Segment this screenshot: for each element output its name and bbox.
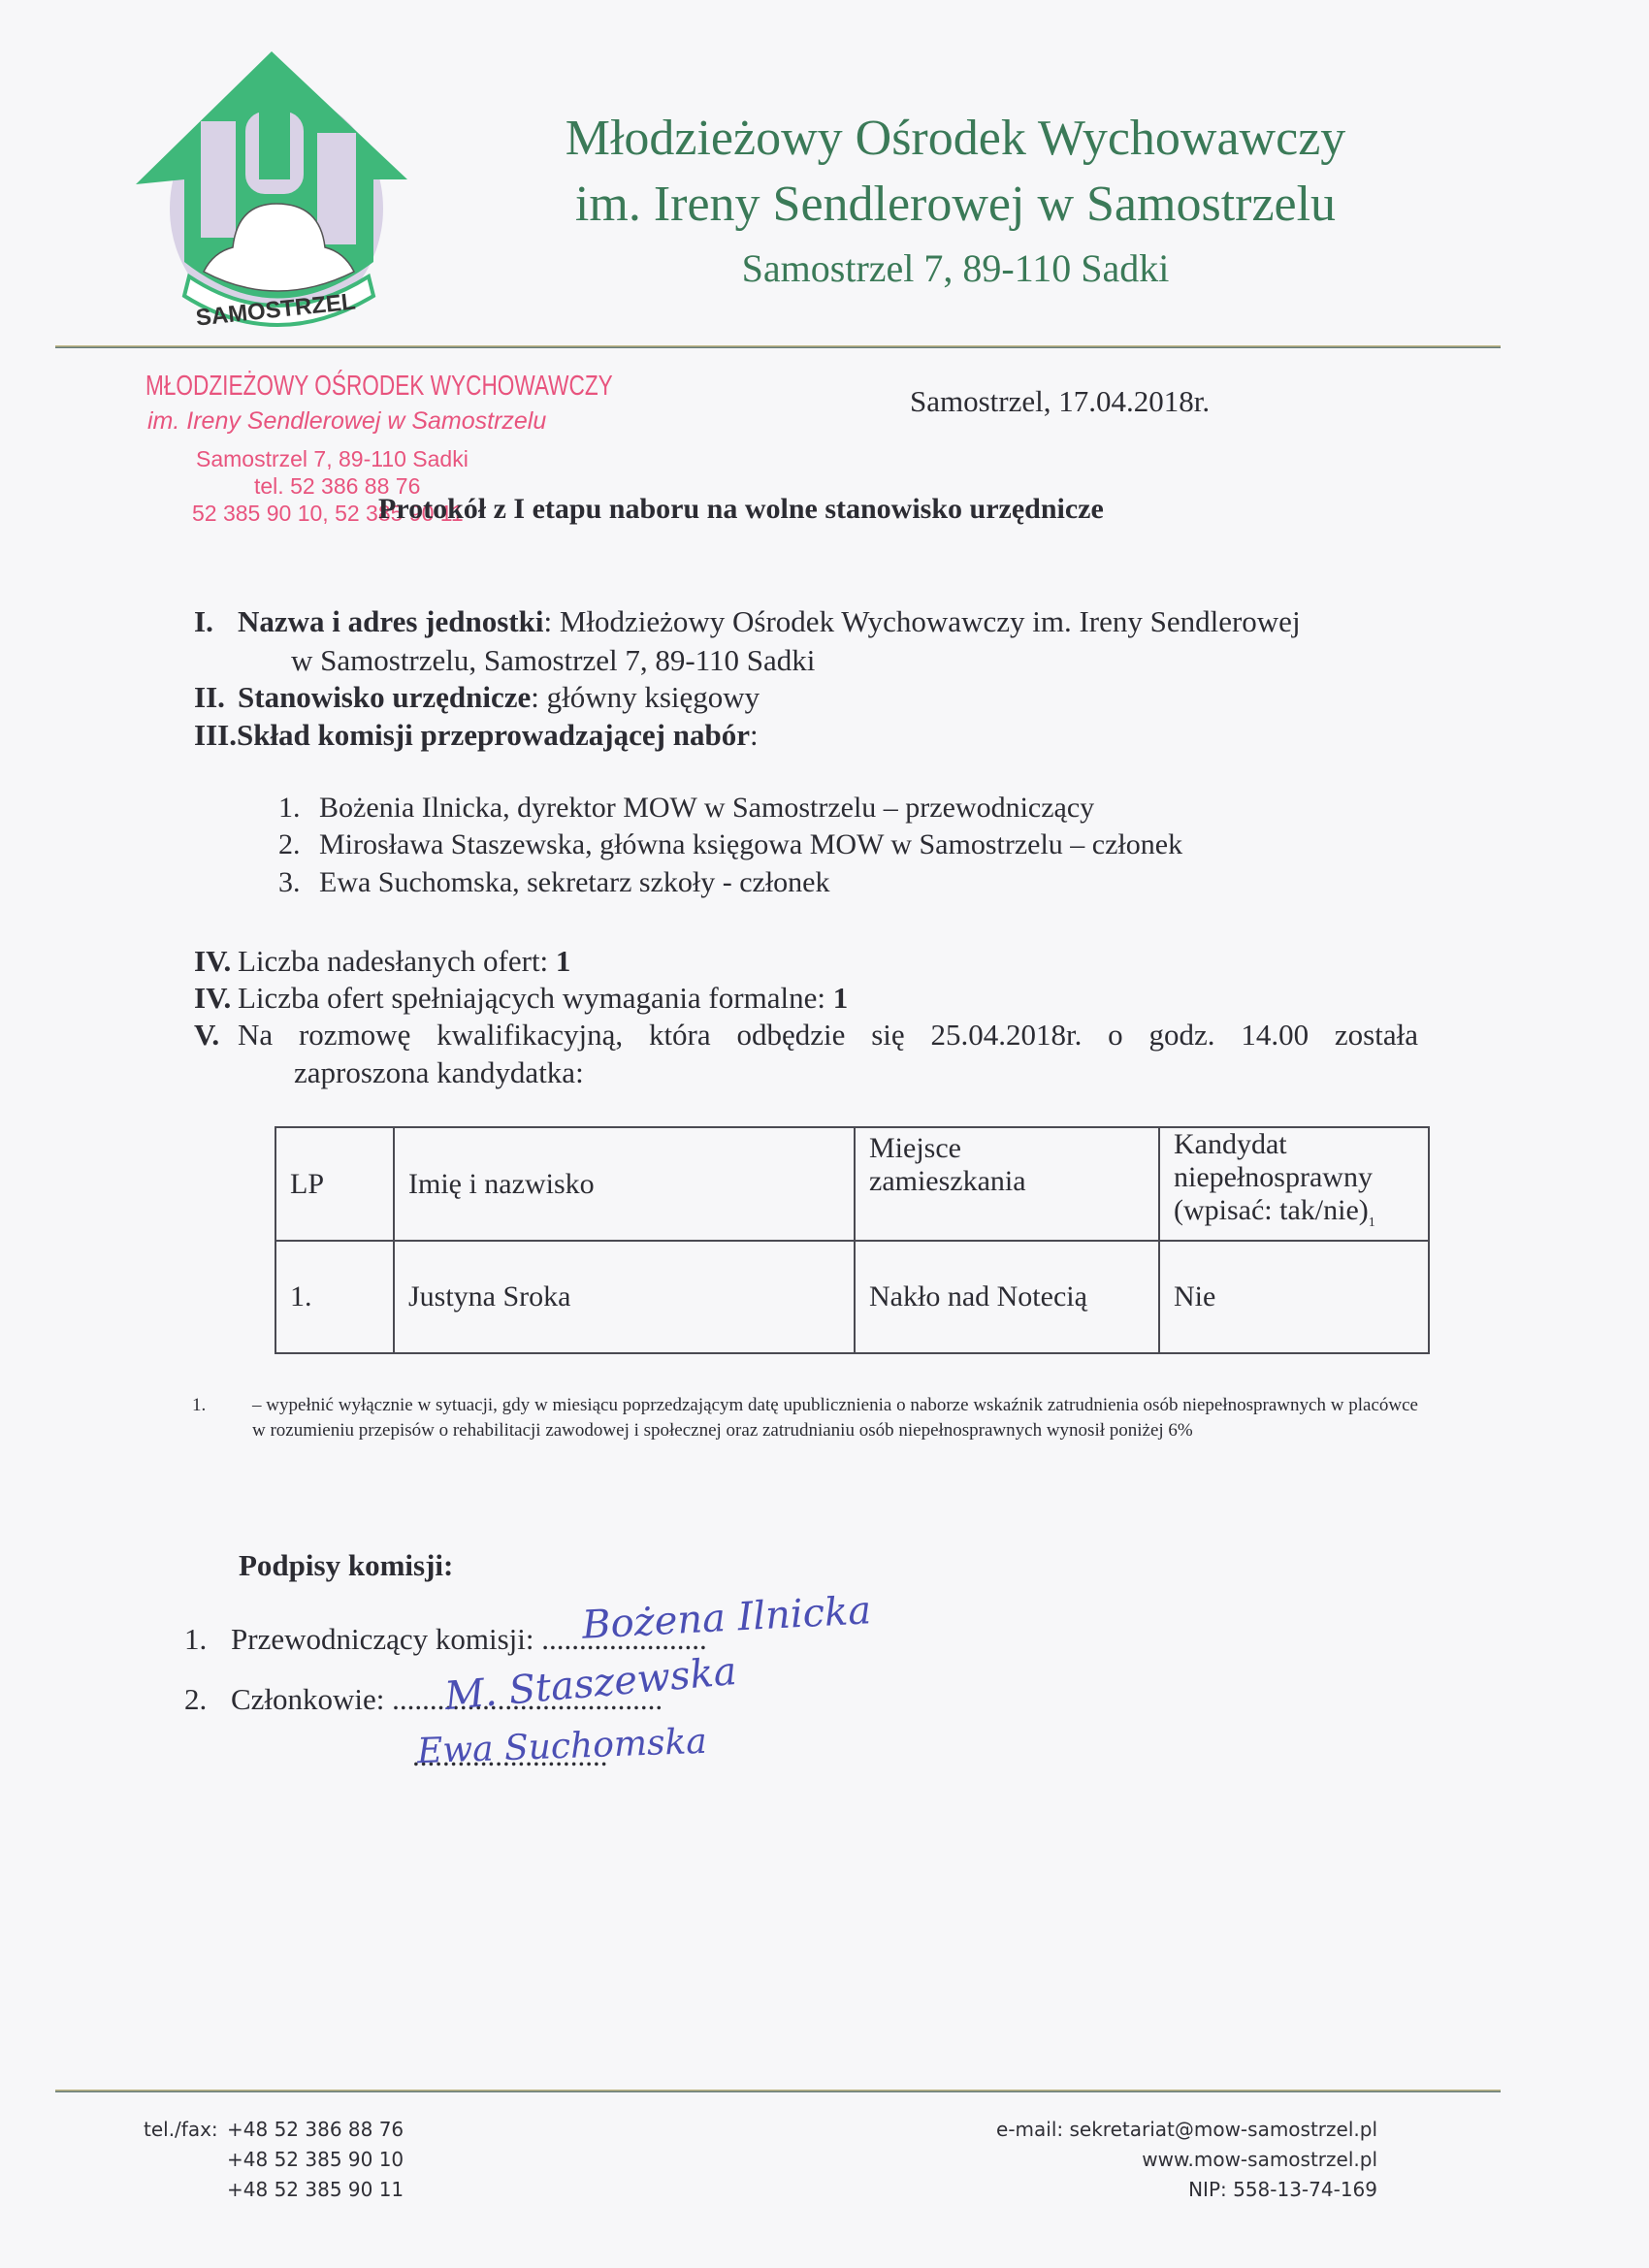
section-number: I. — [194, 603, 238, 640]
signatures-title: Podpisy komisji: — [239, 1548, 453, 1583]
institution-name: Młodzieżowy Ośrodek Wychowawczy — [504, 109, 1406, 169]
footnote-text: – wypełnić wyłącznie w sytuacji, gdy w m… — [252, 1393, 1418, 1443]
handwritten-signature: Ewa Suchomska — [416, 1722, 707, 1771]
member-text: Ewa Suchomska, sekretarz szkoły - człone… — [319, 866, 829, 898]
footer-contact: e-mail: sekretariat@mow-samostrzel.pl ww… — [989, 2115, 1377, 2205]
section-text-cont: zaproszona kandydatka: — [294, 1054, 584, 1091]
section-text: Na rozmowę kwalifikacyjną, która odbędzi… — [238, 1018, 1418, 1052]
committee-member: 2.Mirosława Staszewska, główna księgowa … — [278, 828, 1182, 861]
table-header-row: LP Imię i nazwisko Miejsce zamieszkania … — [275, 1127, 1429, 1241]
section-interview: V.Na rozmowę kwalifikacyjną, która odbęd… — [194, 1017, 1418, 1053]
section-label: Stanowisko urzędnicze — [238, 680, 531, 714]
section-label: Liczba ofert spełniających wymagania for… — [238, 981, 833, 1015]
section-number: IV. — [194, 980, 238, 1017]
header-divider — [55, 345, 1501, 348]
list-number: 2. — [278, 828, 319, 861]
committee-member: 1.Bożenia Ilnicka, dyrektor MOW w Samost… — [278, 792, 1094, 825]
document-date: Samostrzel, 17.04.2018r. — [910, 384, 1210, 419]
institution-address: Samostrzel 7, 89-110 Sadki — [504, 244, 1406, 293]
list-number: 1. — [278, 792, 319, 825]
footer-nip: NIP: 558-13-74-169 — [989, 2175, 1377, 2205]
footer-phones: tel./fax:+48 52 386 88 76 +48 52 385 90 … — [144, 2115, 404, 2205]
section-position: II.Stanowisko urzędnicze: główny księgow… — [194, 679, 760, 716]
phone-number: +48 52 386 88 76 — [227, 2118, 404, 2141]
section-label: Skład komisji przeprowadzającej nabór — [237, 718, 750, 752]
mow-logo: SAMOSTRZEL — [131, 44, 412, 344]
header-line: Miejsce — [869, 1132, 961, 1164]
phone-number: +48 52 385 90 11 — [144, 2175, 404, 2205]
phone-label: tel./fax: — [144, 2115, 227, 2145]
section-number: II. — [194, 679, 238, 716]
document-title: Protokół z I etapu naboru na wolne stano… — [378, 493, 1104, 526]
cell-residence: Nakło nad Notecią — [855, 1241, 1159, 1353]
list-number: 2. — [184, 1682, 231, 1717]
stamp-line: im. Ireny Sendlerowej w Samostrzelu — [147, 407, 546, 436]
cell-lp: 1. — [275, 1241, 394, 1353]
column-header-name: Imię i nazwisko — [394, 1127, 855, 1241]
header-line: niepełnosprawny — [1174, 1161, 1373, 1193]
phone-number: +48 52 385 90 10 — [144, 2145, 404, 2175]
member-text: Mirosława Staszewska, główna księgowa MO… — [319, 828, 1182, 860]
footer-website[interactable]: www.mow-samostrzel.pl — [989, 2145, 1377, 2175]
section-value: : główny księgowy — [531, 680, 760, 714]
table-row: 1. Justyna Sroka Nakło nad Notecią Nie — [275, 1241, 1429, 1353]
section-number: III. — [194, 718, 237, 752]
column-header-lp: LP — [275, 1127, 394, 1241]
signature-label: Przewodniczący komisji: — [231, 1622, 541, 1656]
member-text: Bożenia Ilnicka, dyrektor MOW w Samostrz… — [319, 792, 1094, 824]
section-value: 1 — [556, 944, 571, 978]
committee-member: 3.Ewa Suchomska, sekretarz szkoły - czło… — [278, 866, 829, 899]
footnote-ref: 1 — [1369, 1215, 1375, 1230]
cell-disabled: Nie — [1159, 1241, 1429, 1353]
footer-email[interactable]: e-mail: sekretariat@mow-samostrzel.pl — [989, 2115, 1377, 2145]
column-header-residence: Miejsce zamieszkania — [855, 1127, 1159, 1241]
section-offers-valid: IV.Liczba ofert spełniających wymagania … — [194, 980, 848, 1017]
section-offers-received: IV.Liczba nadesłanych ofert: 1 — [194, 943, 570, 980]
section-number: IV. — [194, 943, 238, 980]
stamp-line: MŁODZIEŻOWY OŚRODEK WYCHOWAWCZY — [145, 371, 613, 403]
stamp-line: Samostrzel 7, 89-110 Sadki — [196, 446, 469, 472]
footnote: 1. – wypełnić wyłącznie w sytuacji, gdy … — [192, 1393, 1418, 1443]
header-line: Kandydat — [1174, 1128, 1287, 1160]
header-line: (wpisać: tak/nie) — [1174, 1194, 1369, 1226]
section-committee: III.Skład komisji przeprowadzającej nabó… — [194, 717, 759, 754]
section-unit: I.Nazwa i adres jednostki: Młodzieżowy O… — [194, 603, 1301, 640]
handwritten-signature: Bożena Ilnicka — [581, 1588, 872, 1648]
cell-name: Justyna Sroka — [394, 1241, 855, 1353]
footer-divider — [55, 2090, 1501, 2092]
candidates-table: LP Imię i nazwisko Miejsce zamieszkania … — [275, 1126, 1430, 1354]
section-number: V. — [194, 1017, 238, 1053]
section-value: : — [750, 718, 759, 752]
section-label: Liczba nadesłanych ofert: — [238, 944, 556, 978]
institution-patron: im. Ireny Sendlerowej w Samostrzelu — [504, 175, 1406, 235]
column-header-disabled: Kandydat niepełnosprawny (wpisać: tak/ni… — [1159, 1127, 1429, 1241]
section-label: Nazwa i adres jednostki — [238, 604, 543, 638]
section-value: : Młodzieżowy Ośrodek Wychowawczy im. Ir… — [543, 604, 1300, 638]
list-number: 3. — [278, 866, 319, 899]
section-value: 1 — [833, 981, 849, 1015]
footnote-number: 1. — [192, 1393, 206, 1418]
signature-label: Członkowie: — [231, 1682, 392, 1716]
header-line: zamieszkania — [869, 1165, 1026, 1197]
section-value-cont: w Samostrzelu, Samostrzel 7, 89-110 Sadk… — [291, 642, 815, 679]
list-number: 1. — [184, 1622, 231, 1657]
